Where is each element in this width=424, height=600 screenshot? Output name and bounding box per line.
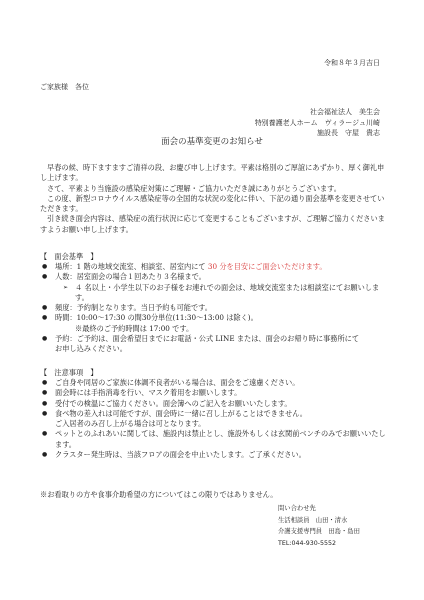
- criteria-reservation: ● 予約：ご予約は、面会希望日までにお電話・公式 LINE または、面会のお帰り…: [40, 334, 386, 355]
- precaution-item: ● ご自身や同居のご家族に体調不良者がいる場合は、面会をご遠慮ください。: [40, 378, 386, 388]
- document-date: 令和８年３月吉日: [324, 58, 380, 68]
- bullet-icon: ●: [42, 313, 47, 323]
- contact-counselor: 生活相談員 山田・清水: [278, 515, 360, 527]
- criteria-people-sub: ➢ ４ 名以上・小学生以下のお子様をお連れでの面会は、地域交流室または相談室にて…: [40, 283, 386, 304]
- contact-phone: TEL:044-930-5552: [278, 538, 360, 550]
- precaution-item: ● ペットとのふれあいに関しては、施設内は禁止とし、施設外もしくは玄関前ベンチの…: [40, 429, 386, 450]
- bullet-icon: ●: [42, 450, 47, 460]
- precautions-list: ● ご自身や同居のご家族に体調不良者がいる場合は、面会をご遠慮ください。 ● 面…: [40, 378, 386, 460]
- intro-body: 早春の候、時下ますますご清祥の段、お慶び申し上げます。平素は格別のご厚誼にあずか…: [40, 163, 386, 235]
- contact-heading: 問い合わせ先: [278, 503, 360, 515]
- criteria-time: ● 時間：10:00～17:30 の間30分単位(11:30～13:00 は除く…: [40, 313, 386, 323]
- intro-paragraph: 引き続き面会内容は、感染症の流行状況に応じて変更することもございますが、ご理解ご…: [40, 214, 386, 235]
- intro-paragraph: この度、新型コロナウイルス感染症等の全国的な状況の変化に伴い、下記の通り面会基準…: [40, 194, 386, 215]
- highlight-text: 30 分を目安にご面会いただけます。: [208, 262, 327, 271]
- addressee: ご家族様 各位: [40, 82, 89, 92]
- document-title: 面会の基準変更のお知らせ: [0, 137, 424, 147]
- precaution-food-note: ご入居者のみ召し上がる場合は可となります。: [40, 419, 386, 429]
- contact-care-manager: 介護支援専門員 田島・島田: [278, 526, 360, 538]
- intro-paragraph: さて、平素より当施設の感染症対策にご理解・ご協力いただき誠にありがとうございます…: [40, 184, 386, 194]
- bullet-icon: ●: [42, 334, 47, 344]
- footnote: ※お看取りの方や食事介助希望の方についてはこの限りではありません。: [40, 490, 277, 500]
- sender-facility: 特別養護老人ホーム ヴィラージュ川崎: [255, 118, 380, 129]
- bullet-icon: ●: [42, 388, 47, 398]
- criteria-list: ● 場所：1 階の地域交流室、相談室、居室内にて 30 分を目安にご面会いただけ…: [40, 262, 386, 355]
- bullet-icon: ●: [42, 409, 47, 419]
- bullet-icon: ●: [42, 303, 47, 313]
- criteria-people: ● 人数：居室面会の場合１回あたり３名様まで。: [40, 272, 386, 282]
- bullet-icon: ●: [42, 272, 47, 282]
- sender-block: 社会福祉法人 美生会 特別養護老人ホーム ヴィラージュ川崎 施設長 守屋 貴志: [255, 107, 380, 139]
- intro-paragraph: 早春の候、時下ますますご清祥の段、お慶び申し上げます。平素は格別のご厚誼にあずか…: [40, 163, 386, 184]
- precaution-item: ● クラスター発生時は、当該フロアの面会を中止いたします。ご了承ください。: [40, 450, 386, 460]
- bullet-icon: ●: [42, 399, 47, 409]
- criteria-heading: 【 面会基準 】: [40, 252, 98, 262]
- arrow-bullet-icon: ➢: [63, 283, 68, 293]
- bullet-icon: ●: [42, 378, 47, 388]
- precautions-heading: 【 注意事項 】: [40, 368, 98, 378]
- criteria-place: ● 場所：1 階の地域交流室、相談室、居室内にて 30 分を目安にご面会いただけ…: [40, 262, 386, 272]
- precaution-item: ● 食べ物の差入れは可能ですが、面会時に一緒に召し上がることはできません。: [40, 409, 386, 419]
- criteria-frequency: ● 頻度：予約制となります。当日予約も可能です。: [40, 303, 386, 313]
- precaution-item: ● 受付での検温にご協力ください。面会簿へのご記入をお願いいたします。: [40, 399, 386, 409]
- criteria-time-note: ※最終のご予約時間は 17:00 です。: [40, 324, 386, 334]
- contact-block: 問い合わせ先 生活相談員 山田・清水 介護支援専門員 田島・島田 TEL:044…: [278, 503, 360, 549]
- bullet-icon: ●: [42, 262, 47, 272]
- sender-organization: 社会福祉法人 美生会: [255, 107, 380, 118]
- precaution-item: ● 面会時には手指消毒を行い、マスク着用をお願いします。: [40, 388, 386, 398]
- bullet-icon: ●: [42, 429, 47, 439]
